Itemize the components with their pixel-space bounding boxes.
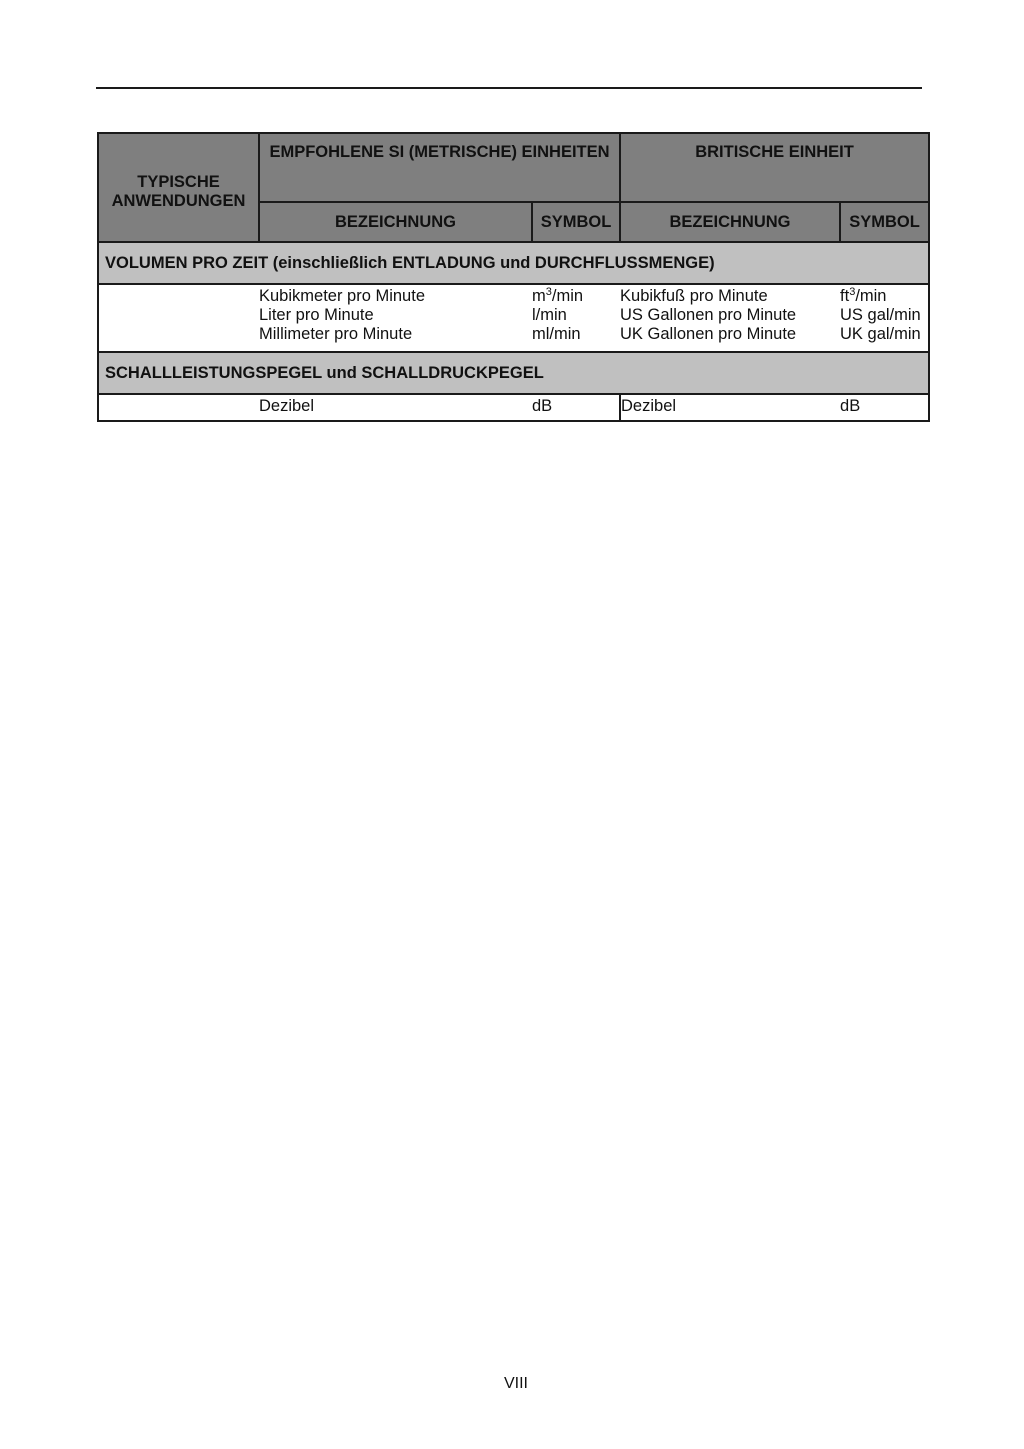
si-symbol-cell: dB [532,394,620,421]
section-row: SCHALLLEISTUNGSPEGEL und SCHALLDRUCKPEGE… [98,352,929,394]
symbol-rest: /min [552,287,583,305]
section-title: SCHALLLEISTUNGSPEGEL und SCHALLDRUCKPEGE… [98,352,929,394]
symbol-rest: /min [855,287,886,305]
symbol-base: ft [840,287,849,305]
application-cell [98,284,259,306]
si-name-cell: Dezibel [259,394,532,421]
table-body: VOLUMEN PRO ZEIT (einschließlich ENTLADU… [98,242,929,421]
application-cell [98,325,259,352]
symbol-base: dB [840,397,860,415]
british-symbol-cell: UK gal/min [840,325,929,352]
section-row: VOLUMEN PRO ZEIT (einschließlich ENTLADU… [98,242,929,284]
symbol-base: UK gal/min [840,325,921,343]
british-name-cell: US Gallonen pro Minute [620,306,840,325]
symbol-base: US gal/min [840,306,921,324]
header-si-units: EMPFOHLENE SI (METRISCHE) EINHEITEN [259,133,620,202]
header-british-name: BEZEICHNUNG [620,202,840,242]
table-row: Liter pro Minutel/minUS Gallonen pro Min… [98,306,929,325]
si-name-cell: Liter pro Minute [259,306,532,325]
header-british-symbol: SYMBOL [840,202,929,242]
table-row: Millimeter pro Minuteml/minUK Gallonen p… [98,325,929,352]
si-symbol-cell: ml/min [532,325,620,352]
units-table: TYPISCHE ANWENDUNGEN EMPFOHLENE SI (METR… [97,132,930,422]
section-title: VOLUMEN PRO ZEIT (einschließlich ENTLADU… [98,242,929,284]
british-symbol-cell: US gal/min [840,306,929,325]
british-name-cell: Dezibel [620,394,840,421]
symbol-base: ml/min [532,325,581,343]
header-typical-applications: TYPISCHE ANWENDUNGEN [98,133,259,242]
symbol-base: m [532,287,546,305]
header-british-units: BRITISCHE EINHEIT [620,133,929,202]
application-cell [98,394,259,421]
british-symbol-cell: ft3/min [840,284,929,306]
british-name-cell: Kubikfuß pro Minute [620,284,840,306]
british-symbol-cell: dB [840,394,929,421]
symbol-base: dB [532,397,552,415]
header-row-groups: TYPISCHE ANWENDUNGEN EMPFOHLENE SI (METR… [98,133,929,202]
header-si-name: BEZEICHNUNG [259,202,532,242]
si-symbol-cell: l/min [532,306,620,325]
table-row: DezibeldBDezibeldB [98,394,929,421]
si-name-cell: Kubikmeter pro Minute [259,284,532,306]
table-row: Kubikmeter pro Minutem3/minKubikfuß pro … [98,284,929,306]
header-si-symbol: SYMBOL [532,202,620,242]
si-symbol-cell: m3/min [532,284,620,306]
header-rule [96,87,922,89]
symbol-base: l/min [532,306,567,324]
page-number: VIII [0,1375,1024,1393]
application-cell [98,306,259,325]
british-name-cell: UK Gallonen pro Minute [620,325,840,352]
si-name-cell: Millimeter pro Minute [259,325,532,352]
